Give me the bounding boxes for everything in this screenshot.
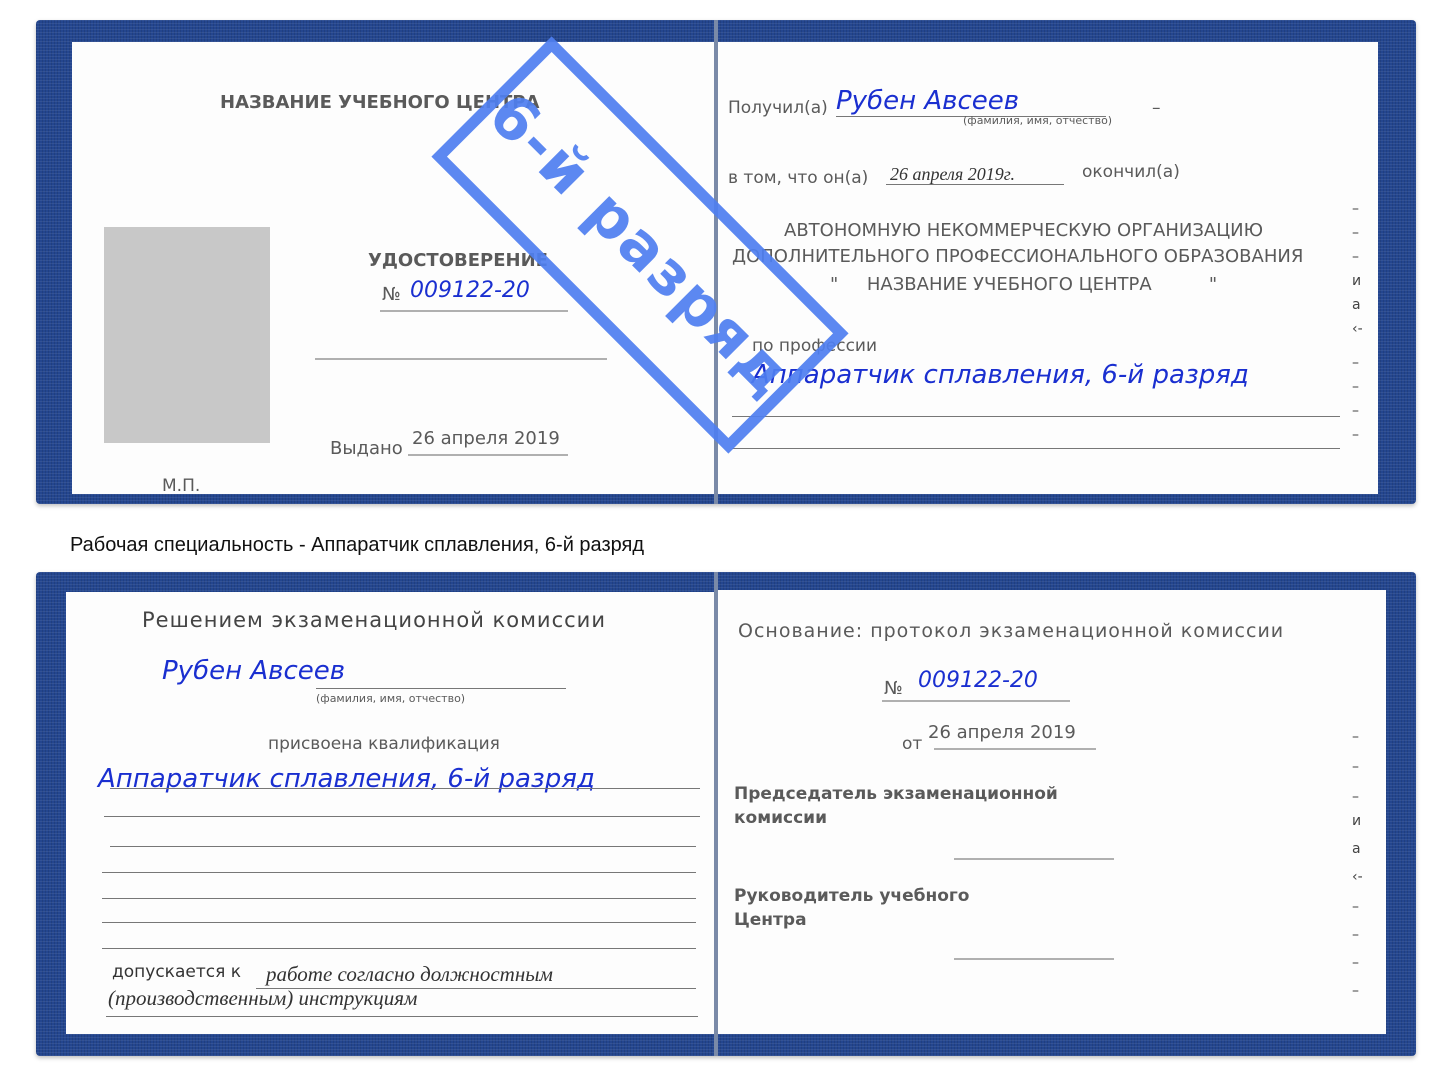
blank-line-3 bbox=[102, 898, 696, 899]
certificate-right-page: Получил(а) Рубен Авсеев – (фамилия, имя,… bbox=[718, 42, 1378, 494]
blank-line-5 bbox=[102, 948, 696, 949]
decision-title: Решением экзаменационной комиссии bbox=[142, 608, 606, 632]
admitted-underline-2 bbox=[106, 1016, 698, 1017]
head-label-1: Руководитель учебного bbox=[734, 886, 969, 906]
specialty-caption: Рабочая специальность - Аппаратчик сплав… bbox=[70, 534, 644, 557]
recipient-name: Рубен Авсеев bbox=[836, 86, 1019, 116]
org-line-2: ДОПОЛНИТЕЛЬНОГО ПРОФЕССИОНАЛЬНОГО ОБРАЗО… bbox=[732, 246, 1303, 267]
profession-value: Аппаратчик сплавления, 6-й разряд bbox=[752, 360, 1249, 390]
number-underline bbox=[380, 310, 568, 312]
photo-placeholder bbox=[104, 227, 270, 443]
qualification-line-2 bbox=[104, 816, 700, 817]
blank-line-4 bbox=[102, 922, 696, 923]
issued-label: Выдано bbox=[330, 438, 403, 459]
admitted-label: допускается к bbox=[112, 962, 241, 982]
blank-line-2 bbox=[102, 872, 696, 873]
protocol-number: 009122-20 bbox=[918, 668, 1038, 693]
org-line-3: " НАЗВАНИЕ УЧЕБНОГО ЦЕНТРА " bbox=[830, 274, 1217, 295]
recipient-name: Рубен Авсеев bbox=[162, 656, 345, 686]
qualification-right-page: Основание: протокол экзаменационной коми… bbox=[718, 590, 1386, 1034]
issued-date: 26 апреля 2019 bbox=[412, 428, 560, 449]
protocol-date: 26 апреля 2019 bbox=[928, 722, 1076, 743]
received-label: Получил(а) bbox=[728, 98, 828, 118]
issued-underline bbox=[408, 454, 568, 456]
completion-date: 26 апреля 2019г. bbox=[890, 164, 1015, 185]
head-signature-line bbox=[954, 958, 1114, 960]
chairman-signature-line bbox=[954, 858, 1114, 860]
that-label: в том, что он(а) bbox=[728, 168, 868, 188]
admitted-value-line-1: работе согласно должностным bbox=[266, 962, 553, 987]
profession-line-2 bbox=[732, 448, 1340, 449]
blank-line-1 bbox=[110, 846, 696, 847]
certificate-number: 009122-20 bbox=[410, 278, 530, 303]
basis-title: Основание: протокол экзаменационной коми… bbox=[738, 620, 1284, 642]
chairman-label-2: комиссии bbox=[734, 808, 827, 828]
number-label: № bbox=[382, 284, 401, 305]
fio-hint: (фамилия, имя, отчество) bbox=[316, 692, 465, 705]
profession-line-1 bbox=[732, 416, 1340, 417]
fio-hint: (фамилия, имя, отчество) bbox=[963, 114, 1112, 127]
chairman-label-1: Председатель экзаменационной bbox=[734, 784, 1058, 804]
date-underline bbox=[934, 748, 1096, 750]
name-underline bbox=[316, 688, 566, 689]
certificate-title: УДОСТОВЕРЕНИЕ bbox=[368, 250, 548, 271]
admitted-value-line-2: (производственным) инструкциям bbox=[108, 986, 417, 1011]
qualification-left-page: Решением экзаменационной комиссии Рубен … bbox=[66, 592, 714, 1034]
qualification-label: присвоена квалификация bbox=[268, 734, 500, 754]
qualification-value: Аппаратчик сплавления, 6-й разряд bbox=[98, 764, 595, 794]
dash: – bbox=[1152, 98, 1161, 118]
seal-label: М.П. bbox=[162, 476, 200, 496]
head-label-2: Центра bbox=[734, 910, 807, 930]
blank-line bbox=[315, 358, 607, 360]
qualification-line-1 bbox=[110, 788, 700, 789]
completed-label: окончил(а) bbox=[1082, 162, 1180, 182]
edge-marks: ––– иа‹- –––– bbox=[1352, 730, 1363, 998]
date-underline bbox=[886, 184, 1064, 185]
org-line-1: АВТОНОМНУЮ НЕКОММЕРЧЕСКУЮ ОРГАНИЗАЦИЮ bbox=[784, 220, 1263, 241]
from-label: от bbox=[902, 734, 922, 754]
number-underline bbox=[882, 700, 1070, 702]
certificate-booklet-bottom: Решением экзаменационной комиссии Рубен … bbox=[36, 572, 1416, 1056]
number-label: № bbox=[884, 678, 903, 699]
edge-marks: ––– иа‹- –––– bbox=[1352, 202, 1363, 442]
